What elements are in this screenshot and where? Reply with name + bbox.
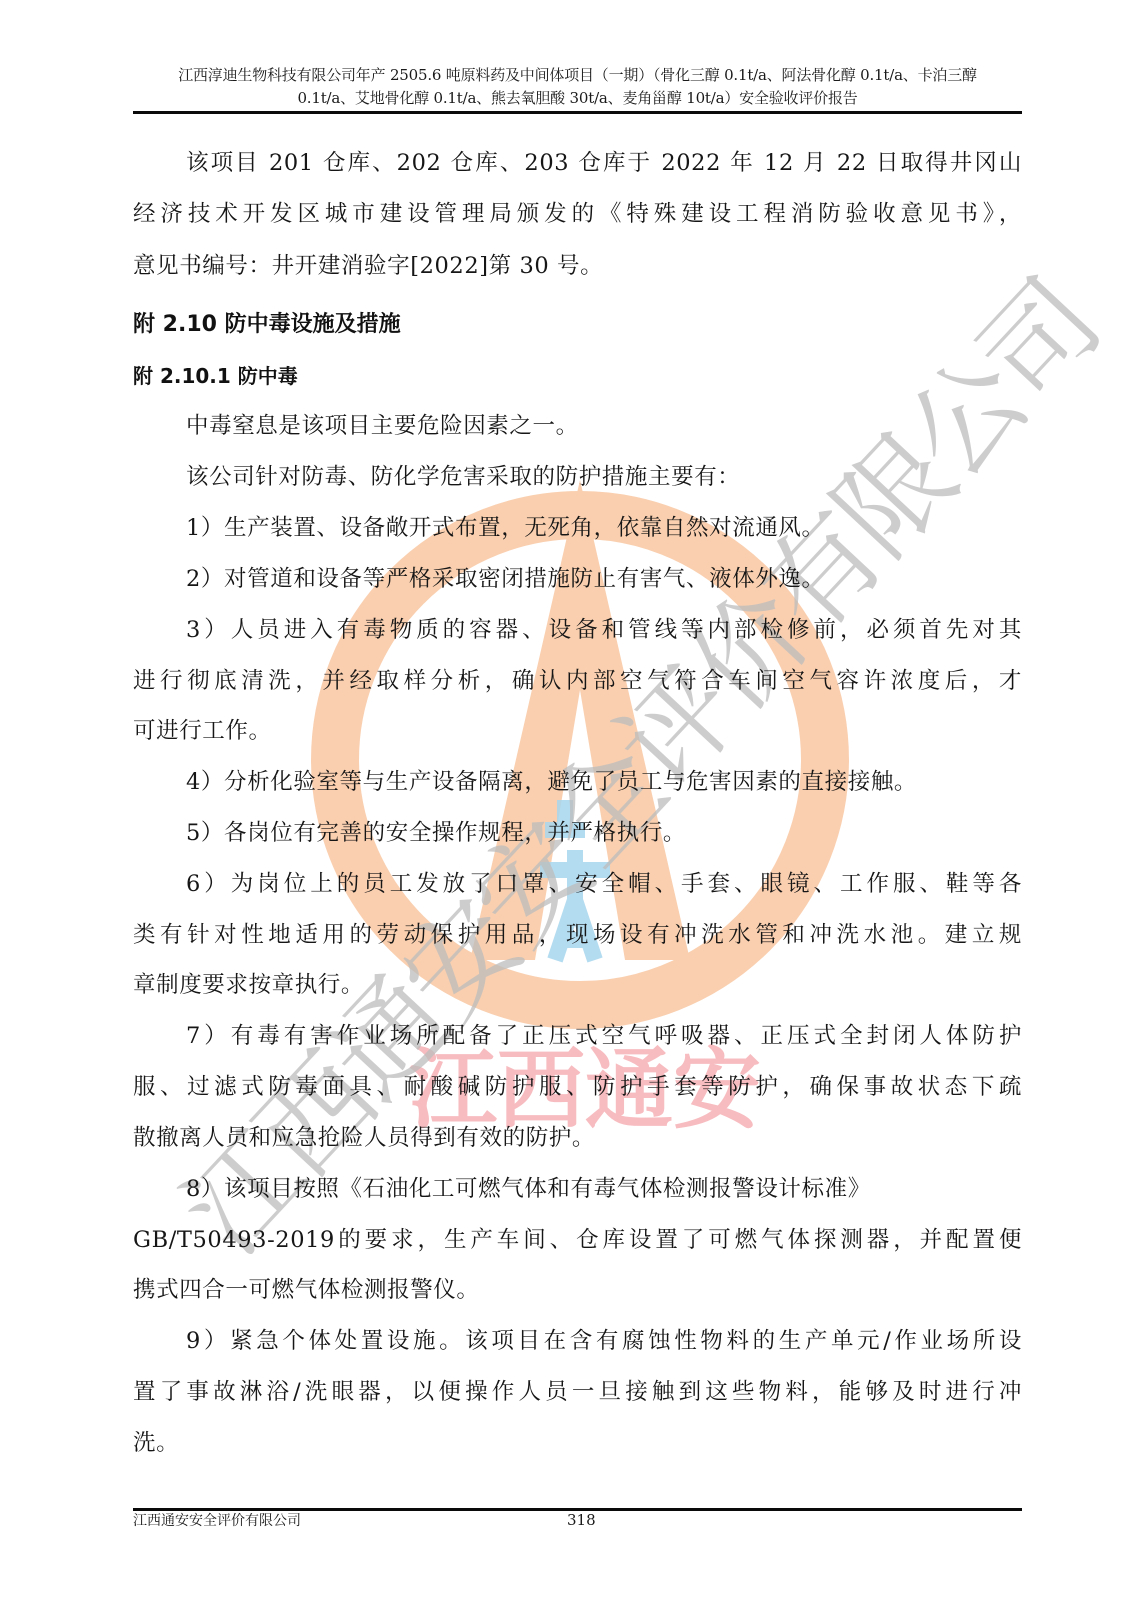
list-item-8: 8）该项目按照《石油化工可燃气体和有毒气体检测报警设计标准》 — [186, 1174, 1022, 1204]
list-item-4: 4）分析化验室等与生产设备隔离，避免了员工与危害因素的直接接触。 — [186, 767, 1022, 797]
section-heading: 附 2.10 防中毒设施及措施 — [133, 310, 401, 340]
list-item-9-cont: 置了事故淋浴/洗眼器，以便操作人员一旦接触到这些物料，能够及时进行冲 — [133, 1377, 1022, 1407]
list-item-3: 3）人员进入有毒物质的容器、设备和管线等内部检修前，必须首先对其 — [186, 615, 1022, 645]
list-item-2: 2）对管道和设备等严格采取密闭措施防止有害气、液体外逸。 — [186, 564, 1022, 594]
list-item-7: 7）有毒有害作业场所配备了正压式空气呼吸器、正压式全封闭人体防护 — [186, 1021, 1022, 1051]
footer-company: 江西通安安全评价有限公司 — [133, 1512, 301, 1530]
subsection-heading: 附 2.10.1 防中毒 — [133, 362, 298, 390]
list-item-6-cont: 类有针对性地适用的劳动保护用品，现场设有冲洗水管和冲洗水池。建立规 — [133, 920, 1022, 950]
list-item-1: 1）生产装置、设备敞开式布置，无死角，依靠自然对流通风。 — [186, 513, 1022, 543]
list-item-3-cont: 可进行工作。 — [133, 716, 1022, 746]
running-header-line-2: 0.1t/a、艾地骨化醇 0.1t/a、熊去氧胆酸 30t/a、麦角甾醇 10t… — [133, 88, 1022, 108]
list-item-8-cont: 携式四合一可燃气体检测报警仪。 — [133, 1275, 1022, 1305]
paragraph-line: 该项目 201 仓库、202 仓库、203 仓库于 2022 年 12 月 22… — [186, 148, 1022, 178]
page-number: 318 — [567, 1511, 596, 1529]
running-header-line-1: 江西淳迪生物科技有限公司年产 2505.6 吨原料药及中间体项目（一期）（骨化三… — [133, 65, 1022, 85]
paragraph-line: 意见书编号：井开建消验字[2022]第 30 号。 — [133, 251, 1022, 281]
list-item-6: 6）为岗位上的员工发放了口罩、安全帽、手套、眼镜、工作服、鞋等各 — [186, 869, 1022, 899]
list-item-3-cont: 进行彻底清洗，并经取样分析，确认内部空气符合车间空气容许浓度后，才 — [133, 666, 1022, 696]
list-item-5: 5）各岗位有完善的安全操作规程，并严格执行。 — [186, 818, 1022, 848]
list-item-8-cont: GB/T50493-2019的要求，生产车间、仓库设置了可燃气体探测器，并配置便 — [133, 1225, 1022, 1255]
paragraph-line: 中毒窒息是该项目主要危险因素之一。 — [186, 411, 1022, 441]
document-page: 江西通安 江西通安安全评价有限公司 江西淳迪生物科技有限公司年产 2505.6 … — [0, 0, 1131, 1600]
list-item-7-cont: 散撤离人员和应急抢险人员得到有效的防护。 — [133, 1123, 1022, 1153]
header-rule — [133, 111, 1022, 114]
list-item-9-cont: 洗。 — [133, 1428, 1022, 1458]
paragraph-line: 该公司针对防毒、防化学危害采取的防护措施主要有： — [186, 462, 1022, 492]
company-watermark: 江西通安 江西通安安全评价有限公司 — [0, 0, 1131, 1600]
list-item-6-cont: 章制度要求按章执行。 — [133, 970, 1022, 1000]
list-item-7-cont: 服、过滤式防毒面具、耐酸碱防护服、防护手套等防护，确保事故状态下疏 — [133, 1072, 1022, 1102]
list-item-9: 9）紧急个体处置设施。该项目在含有腐蚀性物料的生产单元/作业场所设 — [186, 1326, 1022, 1356]
paragraph-line: 经济技术开发区城市建设管理局颁发的《特殊建设工程消防验收意见书》， — [133, 199, 1022, 229]
